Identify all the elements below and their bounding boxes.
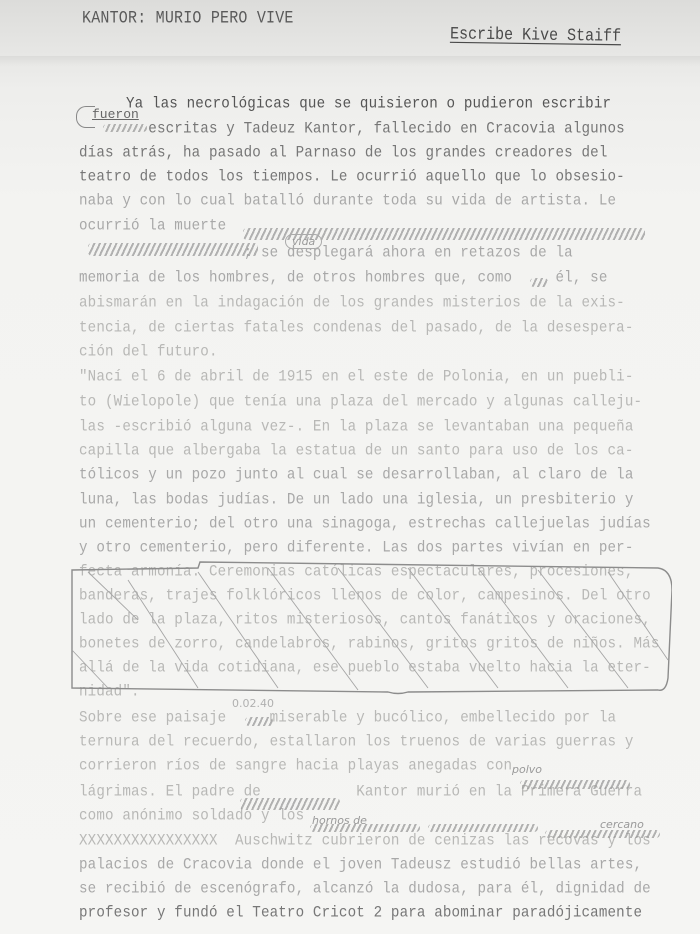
text-line: palacios de Cracovia donde el joven Tade… (79, 856, 642, 874)
time-stamp: 0.02.40 (232, 697, 274, 710)
text-line: las -escribió alguna vez-. En la plaza s… (79, 418, 634, 436)
text-line: to (Wielopole) que tenía una plaza del m… (79, 393, 642, 411)
text-line: y otro cementerio, pero diferente. Las d… (79, 539, 634, 557)
handwritten-bracket (76, 106, 95, 128)
strikeout-mark (530, 278, 548, 287)
text-line: ternura del recuerdo, estallaron los tru… (79, 733, 634, 751)
strikeout-mark (520, 780, 630, 789)
text-line: Sobre ese paisaje miserable y bucólico, … (79, 709, 616, 727)
byline: Escribe Kive Staiff (450, 25, 621, 47)
text-line: "Nací el 6 de abril de 1915 en el este d… (79, 368, 634, 386)
document-page: KANTOR: MURIO PERO VIVE Escribe Kive Sta… (0, 0, 700, 934)
text-line: profesor y fundó el Teatro Cricot 2 para… (79, 904, 642, 922)
strikeout-mark (428, 824, 538, 832)
strikeout-mark (103, 124, 147, 132)
text-line: fecta armonía. Ceremonias católicas espe… (79, 563, 634, 581)
text-line: banderas, trajes folklóricos llenos de c… (79, 587, 651, 605)
handwritten-fueron: fueron (92, 107, 139, 122)
text-line: bonetes de zorro, candelabros, rabinos, … (79, 635, 659, 653)
text-line: ocurrió la muerte (79, 217, 226, 235)
text-line: ción del futuro. (79, 343, 218, 361)
text-line: memoria de los hombres, de otros hombres… (79, 269, 608, 287)
text-line: luna, las bodas judías. De un lado una i… (79, 491, 634, 509)
handwritten-vida: vida (285, 234, 322, 249)
text-line: nidad". (79, 683, 140, 701)
text-line: abismarán en la indagación de los grande… (79, 294, 625, 312)
text-line: teatro de todos los tiempos. Le ocurrió … (79, 168, 625, 186)
strikeout-mark (88, 243, 258, 256)
strikeout-mark (545, 830, 660, 838)
text-line: capilla que albergaba la estatua de un s… (79, 442, 634, 460)
text-line: lado de la plaza, ritos misteriosos, can… (79, 611, 651, 629)
text-line: escritas y Tadeuz Kantor, fallecido en C… (79, 120, 625, 138)
handwritten-polvo: polvo (512, 763, 542, 776)
text-line: un cementerio; del otro una sinagoga, es… (79, 515, 651, 533)
strikeout-mark (240, 798, 340, 810)
text-line: tólicos y un pozo junto al cual se desar… (79, 466, 634, 484)
text-line: corrieron ríos de sangre hacia playas an… (79, 757, 512, 775)
text-line: se recibió de escenógrafo, alcanzó la du… (79, 880, 651, 898)
text-line: tencia, de ciertas fatales condenas del … (79, 319, 634, 337)
strikeout-mark (245, 717, 273, 726)
text-line: naba y con lo cual batalló durante toda … (79, 192, 616, 210)
text-line: Ya las necrológicas que se quisieron o p… (74, 95, 611, 113)
text-line: días atrás, ha pasado al Parnaso de los … (79, 144, 608, 162)
strikeout-mark (310, 824, 420, 832)
paper-fold-shadow (0, 56, 700, 66)
text-line: allá de la vida cotidiana, ese pueblo es… (79, 659, 651, 677)
document-title: KANTOR: MURIO PERO VIVE (82, 9, 294, 29)
